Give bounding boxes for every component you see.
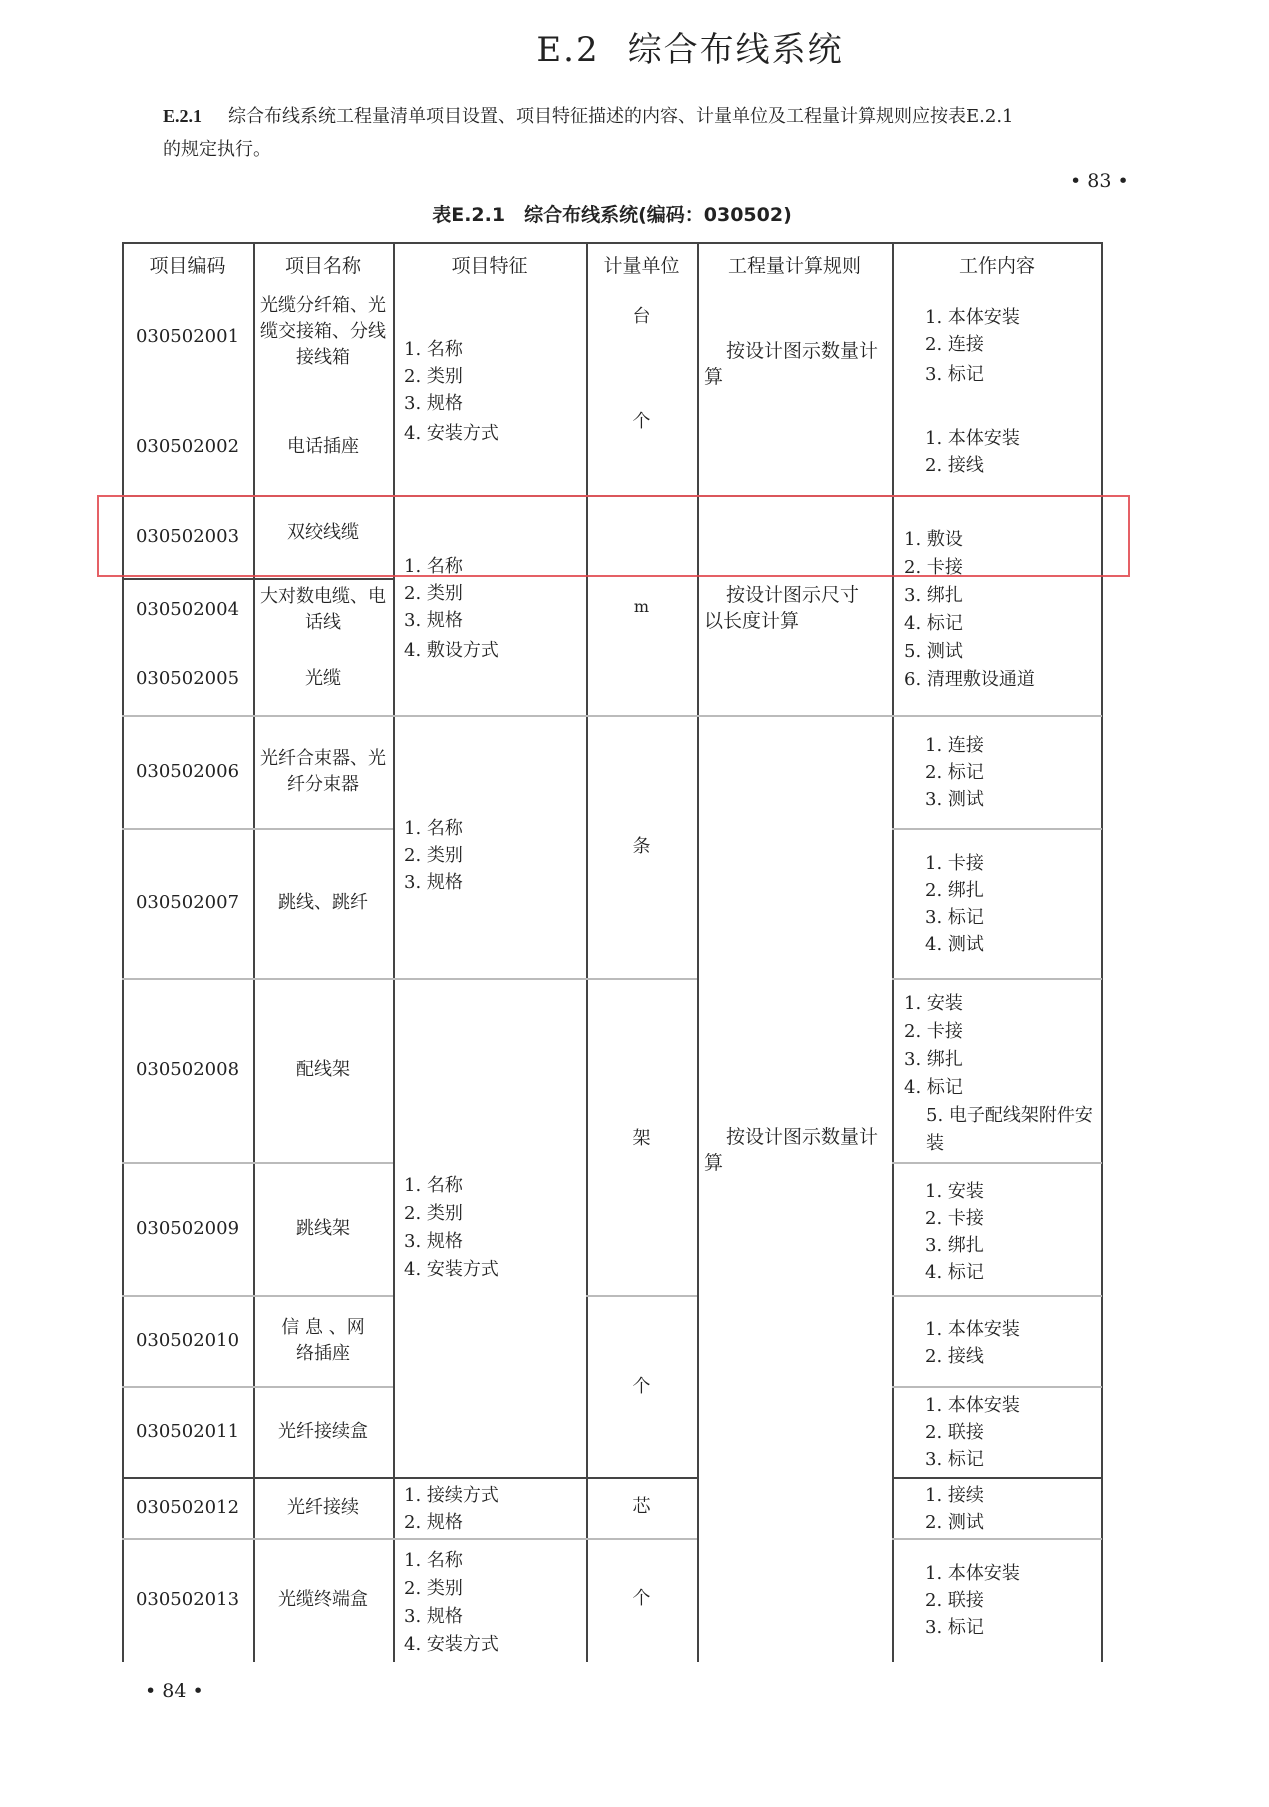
- header-features: 项目特征: [393, 242, 586, 290]
- unit: 台: [586, 302, 697, 332]
- work-list: 1. 本体安装 2. 接线: [925, 425, 1020, 479]
- work-list: 1. 卡接 2. 绑扎 3. 标记 4. 测试: [925, 850, 984, 958]
- work-item: 2. 卡接: [925, 1205, 984, 1232]
- work-item: 3. 标记: [925, 361, 1020, 388]
- rule-text: 按设计图示数量计算: [704, 1124, 884, 1176]
- feature-item: 2. 规格: [404, 1509, 499, 1536]
- work-item: 1. 连接: [925, 732, 984, 759]
- row-name: 光缆: [253, 642, 393, 715]
- feature-item: 4. 安装方式: [404, 420, 499, 447]
- section-title: E.2综合布线系统: [0, 22, 1269, 71]
- row-code: 030502011: [122, 1386, 253, 1477]
- unit: 条: [586, 832, 697, 862]
- page-number-top: • 83 •: [1070, 170, 1129, 192]
- work-item: 1. 卡接: [925, 850, 984, 877]
- row-code: 030502004: [122, 578, 253, 642]
- unit: 个: [586, 1584, 697, 1614]
- features-list: 1. 名称 2. 类别 3. 规格 4. 安装方式: [404, 336, 499, 447]
- row-code: 030502010: [122, 1295, 253, 1386]
- work-item: 3. 绑扎: [925, 1232, 984, 1259]
- work-item: 1. 本体安装: [925, 1316, 1020, 1343]
- work-item: 4. 测试: [925, 931, 984, 958]
- row-name: 大对数电缆、电话线: [256, 578, 390, 642]
- row-code: 030502012: [122, 1477, 253, 1538]
- header-unit: 计量单位: [586, 242, 697, 290]
- rule-text: 按设计图示数量计算: [704, 338, 884, 390]
- unit: m: [586, 592, 697, 622]
- work-item: 1. 安装: [925, 1178, 984, 1205]
- features-list: 1. 名称 2. 类别 3. 规格 4. 安装方式: [404, 1172, 499, 1284]
- work-item: 2. 接线: [925, 1343, 1020, 1370]
- feature-item: 2. 类别: [404, 580, 499, 607]
- feature-item: 3. 规格: [404, 1228, 499, 1256]
- work-item: 1. 本体安装: [925, 425, 1020, 452]
- work-list: 1. 本体安装 2. 连接 3. 标记: [925, 304, 1020, 388]
- clause-text: 综合布线系统工程量清单项目设置、项目特征描述的内容、计量单位及工程量计算规则应按…: [228, 106, 1013, 127]
- feature-item: 1. 名称: [404, 1547, 499, 1575]
- header-rule: 工程量计算规则: [697, 242, 892, 290]
- clause-text-cont: 的规定执行。: [163, 139, 271, 160]
- work-list: 1. 本体安装 2. 联接 3. 标记: [925, 1560, 1020, 1641]
- row-code: 030502008: [122, 978, 253, 1162]
- feature-item: 1. 名称: [404, 336, 499, 363]
- work-item: 2. 联接: [925, 1419, 1020, 1446]
- work-item: 3. 标记: [925, 904, 984, 931]
- work-item: 3. 绑扎: [904, 582, 1035, 610]
- unit: 架: [586, 1124, 697, 1154]
- specification-table: 项目编码 项目名称 项目特征 计量单位 工程量计算规则 工作内容 0305020…: [122, 242, 1102, 1662]
- section-number: E.2: [536, 30, 599, 70]
- work-list: 1. 安装 2. 卡接 3. 绑扎 4. 标记: [925, 1178, 984, 1286]
- work-item: 1. 本体安装: [925, 304, 1020, 331]
- section-name: 综合布线系统: [628, 30, 844, 70]
- feature-item: 3. 规格: [404, 390, 499, 417]
- work-item: 4. 标记: [925, 1259, 984, 1286]
- features-list: 1. 名称 2. 类别 3. 规格: [404, 815, 463, 896]
- page-number-bottom: • 84 •: [145, 1680, 204, 1702]
- features-list: 1. 接续方式 2. 规格: [404, 1482, 499, 1536]
- row-name: 跳线、跳纤: [253, 828, 393, 978]
- work-item: 3. 绑扎: [904, 1046, 1094, 1074]
- work-list: 1. 连接 2. 标记 3. 测试: [925, 732, 984, 813]
- feature-item: 1. 接续方式: [404, 1482, 499, 1509]
- work-item: 6. 清理敷设通道: [904, 666, 1035, 694]
- header-work: 工作内容: [892, 242, 1102, 290]
- feature-item: 2. 类别: [404, 842, 463, 869]
- work-list: 1. 本体安装 2. 接线: [925, 1316, 1020, 1370]
- unit: 个: [586, 1372, 697, 1402]
- row-code: 030502001: [122, 282, 253, 392]
- feature-item: 3. 规格: [404, 607, 499, 634]
- row-name: 电话插座: [253, 402, 393, 492]
- work-list: 1. 本体安装 2. 联接 3. 标记: [925, 1392, 1020, 1473]
- rule-text: 按设计图示尺寸以长度计算: [704, 582, 864, 634]
- work-item: 1. 本体安装: [925, 1560, 1020, 1587]
- row-code: 030502006: [122, 715, 253, 828]
- work-list: 1. 接续 2. 测试: [925, 1482, 984, 1536]
- work-list: 1. 安装 2. 卡接 3. 绑扎 4. 标记 5. 电子配线架附件安装: [904, 990, 1094, 1158]
- feature-item: 2. 类别: [404, 1200, 499, 1228]
- work-item: 3. 标记: [925, 1614, 1020, 1641]
- feature-item: 1. 名称: [404, 815, 463, 842]
- work-item: 4. 标记: [904, 610, 1035, 638]
- highlight-box-row-030502003: [97, 495, 1130, 577]
- row-code: 030502013: [122, 1538, 253, 1662]
- row-code: 030502009: [122, 1162, 253, 1295]
- work-item: 2. 联接: [925, 1587, 1020, 1614]
- row-name: 光缆终端盒: [253, 1538, 393, 1662]
- row-code: 030502005: [122, 642, 253, 715]
- work-item: 2. 标记: [925, 759, 984, 786]
- row-name: 光纤合束器、光纤分束器: [258, 715, 388, 828]
- row-code: 030502007: [122, 828, 253, 978]
- work-item: 2. 连接: [925, 331, 1020, 358]
- features-list: 1. 名称 2. 类别 3. 规格 4. 安装方式: [404, 1547, 499, 1659]
- work-item: 1. 本体安装: [925, 1392, 1020, 1419]
- feature-item: 4. 安装方式: [404, 1256, 499, 1284]
- row-name: 光纤接续: [253, 1477, 393, 1538]
- work-item: 2. 卡接: [904, 1018, 1094, 1046]
- table-caption: 表E.2.1 综合布线系统(编码：030502): [0, 200, 1224, 227]
- feature-item: 2. 类别: [404, 1575, 499, 1603]
- feature-item: 4. 敷设方式: [404, 637, 499, 664]
- row-name: 信 息 、网络插座: [278, 1295, 368, 1386]
- row-name: 跳线架: [253, 1162, 393, 1295]
- work-item: 1. 安装: [904, 990, 1094, 1018]
- unit: 个: [586, 407, 697, 437]
- work-item: 5. 测试: [904, 638, 1035, 666]
- feature-item: 4. 安装方式: [404, 1631, 499, 1659]
- work-item: 3. 测试: [925, 786, 984, 813]
- row-name: 光缆分纤箱、光缆交接箱、分线接线箱: [258, 272, 388, 392]
- work-item: 3. 标记: [925, 1446, 1020, 1473]
- unit: 芯: [586, 1492, 697, 1522]
- work-item: 2. 绑扎: [925, 877, 984, 904]
- row-name: 配线架: [253, 978, 393, 1162]
- clause-number: E.2.1: [163, 106, 202, 126]
- work-item: 2. 接线: [925, 452, 1020, 479]
- work-item: 1. 接续: [925, 1482, 984, 1509]
- feature-item: 1. 名称: [404, 1172, 499, 1200]
- work-item: 4. 标记: [904, 1074, 1094, 1102]
- work-item: 5. 电子配线架附件安装: [904, 1102, 1094, 1158]
- feature-item: 3. 规格: [404, 869, 463, 896]
- feature-item: 3. 规格: [404, 1603, 499, 1631]
- feature-item: 2. 类别: [404, 363, 499, 390]
- work-item: 2. 测试: [925, 1509, 984, 1536]
- row-name: 光纤接续盒: [253, 1386, 393, 1477]
- clause-paragraph: E.2.1综合布线系统工程量清单项目设置、项目特征描述的内容、计量单位及工程量计…: [163, 100, 1148, 166]
- row-code: 030502002: [122, 402, 253, 492]
